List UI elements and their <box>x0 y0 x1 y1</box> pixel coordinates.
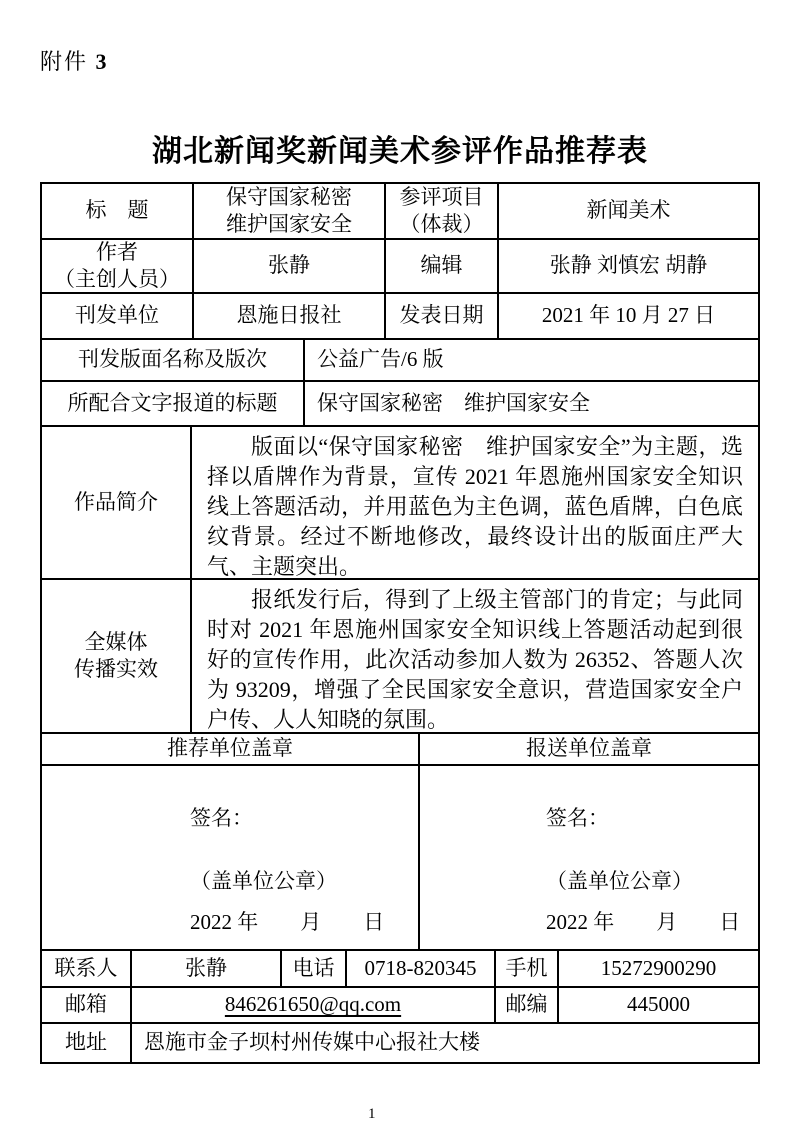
effect-label: 全媒体 传播实效 <box>42 580 192 732</box>
edition-label: 刊发版面名称及版次 <box>42 340 305 380</box>
phone-label: 电话 <box>282 951 347 986</box>
email-value: 846261650@qq.com <box>132 988 496 1022</box>
row-publisher: 刊发单位 恩施日报社 发表日期 2021 年 10 月 27 日 <box>42 294 758 340</box>
contact-person-value: 张静 <box>132 951 282 986</box>
submit-seal-note: （盖单位公章） <box>546 868 693 895</box>
submit-date-line: 2022 年 月 日 <box>546 909 740 936</box>
submit-stamp-header: 报送单位盖章 <box>420 734 758 764</box>
work-title-value: 保守国家秘密 维护国家安全 <box>194 184 386 238</box>
intro-value: 版面以“保守国家秘密 维护国家安全”为主题，选择以盾牌作为背景，宣传 2021 … <box>192 427 758 578</box>
attachment-number: 3 <box>96 49 109 74</box>
publish-date-value: 2021 年 10 月 27 日 <box>499 294 758 338</box>
postcode-value: 445000 <box>559 988 758 1022</box>
phone-value: 0718-820345 <box>347 951 496 986</box>
row-effect: 全媒体 传播实效 报纸发行后，得到了上级主管部门的肯定；与此同时对 2021 年… <box>42 580 758 734</box>
recommend-stamp-header: 推荐单位盖章 <box>42 734 420 764</box>
author-label: 作者 （主创人员） <box>42 240 194 292</box>
postcode-label: 邮编 <box>496 988 559 1022</box>
attachment-text: 附件 <box>40 49 88 74</box>
attachment-label: 附件 3 <box>40 45 760 76</box>
intro-paragraph: 版面以“保守国家秘密 维护国家安全”为主题，选择以盾牌作为背景，宣传 2021 … <box>196 429 754 582</box>
effect-value: 报纸发行后，得到了上级主管部门的肯定；与此同时对 2021 年恩施州国家安全知识… <box>192 580 758 732</box>
recommend-sign-label: 签名： <box>190 805 253 832</box>
submit-sign-label: 签名： <box>546 805 609 832</box>
related-title-value: 保守国家秘密 维护国家安全 <box>305 382 758 425</box>
submit-stamp-block: 签名： （盖单位公章） 2022 年 月 日 <box>420 766 758 949</box>
row-address: 地址 恩施市金子坝村州传媒中心报社大楼 <box>42 1024 758 1062</box>
recommend-date-line: 2022 年 月 日 <box>190 909 384 936</box>
page-number: 1 <box>368 1106 376 1123</box>
email-address: 846261650@qq.com <box>225 991 401 1018</box>
mobile-value: 15272900290 <box>559 951 758 986</box>
row-edition: 刊发版面名称及版次 公益广告/6 版 <box>42 340 758 382</box>
intro-label: 作品简介 <box>42 427 192 578</box>
row-related-title: 所配合文字报道的标题 保守国家秘密 维护国家安全 <box>42 382 758 427</box>
work-title-label: 标 题 <box>42 184 194 238</box>
row-intro: 作品简介 版面以“保守国家秘密 维护国家安全”为主题，选择以盾牌作为背景，宣传 … <box>42 427 758 580</box>
row-stamp-signatures: 签名： （盖单位公章） 2022 年 月 日 签名： （盖单位公章） 2022 … <box>42 766 758 951</box>
publisher-value: 恩施日报社 <box>194 294 386 338</box>
address-value: 恩施市金子坝村州传媒中心报社大楼 <box>132 1024 758 1062</box>
row-stamp-headers: 推荐单位盖章 报送单位盖章 <box>42 734 758 766</box>
row-contact: 联系人 张静 电话 0718-820345 手机 15272900290 <box>42 951 758 988</box>
email-label: 邮箱 <box>42 988 132 1022</box>
author-value: 张静 <box>194 240 386 292</box>
recommend-stamp-block: 签名： （盖单位公章） 2022 年 月 日 <box>42 766 420 949</box>
page-title: 湖北新闻奖新闻美术参评作品推荐表 <box>40 126 760 170</box>
address-label: 地址 <box>42 1024 132 1062</box>
related-title-label: 所配合文字报道的标题 <box>42 382 305 425</box>
contact-person-label: 联系人 <box>42 951 132 986</box>
publish-date-label: 发表日期 <box>386 294 499 338</box>
mobile-label: 手机 <box>496 951 559 986</box>
row-author: 作者 （主创人员） 张静 编辑 张静 刘慎宏 胡静 <box>42 240 758 294</box>
row-work-title: 标 题 保守国家秘密 维护国家安全 参评项目 （体裁） 新闻美术 <box>42 184 758 240</box>
edition-value: 公益广告/6 版 <box>305 340 758 380</box>
recommendation-form-table: 标 题 保守国家秘密 维护国家安全 参评项目 （体裁） 新闻美术 作者 （主创人… <box>40 182 760 1064</box>
editor-label: 编辑 <box>386 240 499 292</box>
row-email: 邮箱 846261650@qq.com 邮编 445000 <box>42 988 758 1024</box>
effect-paragraph: 报纸发行后，得到了上级主管部门的肯定；与此同时对 2021 年恩施州国家安全知识… <box>196 582 754 735</box>
category-value: 新闻美术 <box>499 184 758 238</box>
editor-value: 张静 刘慎宏 胡静 <box>499 240 758 292</box>
publisher-label: 刊发单位 <box>42 294 194 338</box>
recommend-seal-note: （盖单位公章） <box>190 868 337 895</box>
category-label: 参评项目 （体裁） <box>386 184 499 238</box>
